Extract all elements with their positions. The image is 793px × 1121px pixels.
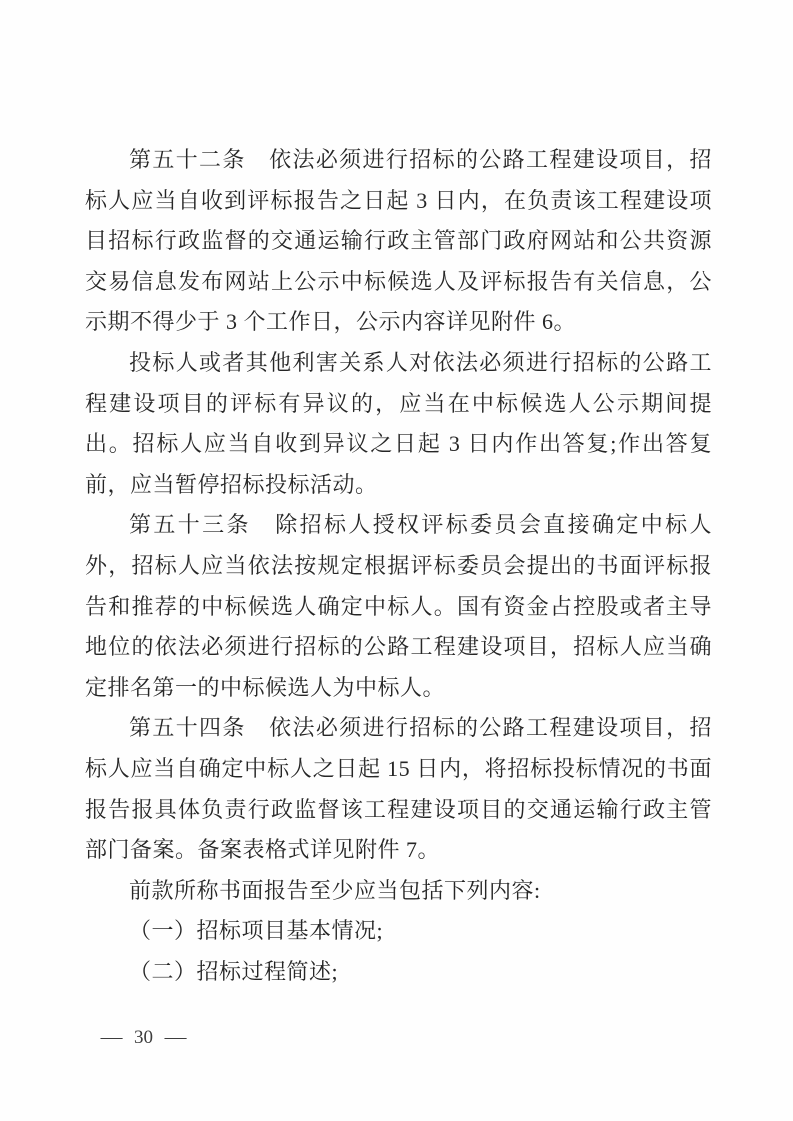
page-number-dash-right: — [165,1026,187,1050]
document-body: 第五十二条 依法必须进行招标的公路工程建设项目，招标人应当自收到评标报告之日起 … [85,140,712,992]
list-item-report-1: （一）招标项目基本情况; [85,911,712,952]
list-item-report-2: （二）招标过程简述; [85,952,712,993]
paragraph-article-54: 第五十四条 依法必须进行招标的公路工程建设项目，招标人应当自确定中标人之日起 1… [85,708,712,870]
page-number-dash-left: — [101,1026,123,1050]
paragraph-article-53: 第五十三条 除招标人授权评标委员会直接确定中标人外，招标人应当依法按规定根据评标… [85,505,712,708]
paragraph-article-52-objection: 投标人或者其他利害关系人对依法必须进行招标的公路工程建设项目的评标有异议的，应当… [85,343,712,505]
page-number: — 30 — [102,1026,185,1050]
paragraph-article-52: 第五十二条 依法必须进行招标的公路工程建设项目，招标人应当自收到评标报告之日起 … [85,140,712,343]
page-number-value: 30 [134,1026,153,1050]
document-page: 第五十二条 依法必须进行招标的公路工程建设项目，招标人应当自收到评标报告之日起 … [0,0,793,1121]
paragraph-report-contents-intro: 前款所称书面报告至少应当包括下列内容: [85,871,712,912]
